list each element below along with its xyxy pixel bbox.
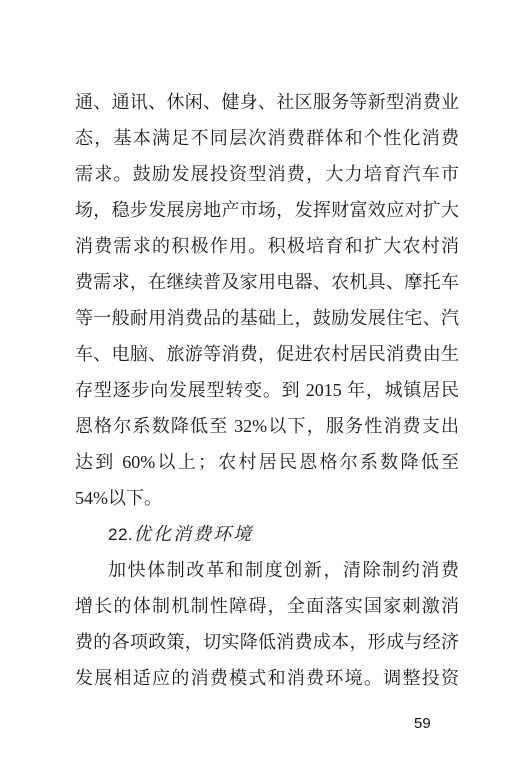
section-title: 优化消费环境 xyxy=(133,524,253,544)
text-line: 等一般耐用消费品的基础上，鼓励发展住宅、汽 xyxy=(75,300,459,336)
text-line: 通、通讯、休闲、健身、社区服务等新型消费业 xyxy=(75,84,459,120)
text-line: 车、电脑、旅游等消费，促进农村居民消费由生 xyxy=(75,336,459,372)
section-heading: 22.优化消费环境 xyxy=(75,516,459,552)
section-number: 22. xyxy=(108,525,133,544)
text-line: 增长的体制机制性障碍，全面落实国家刺激消 xyxy=(75,588,459,624)
text-line: 发展相适应的消费模式和消费环境。调整投资 xyxy=(75,660,459,696)
text-block: 通、通讯、休闲、健身、社区服务等新型消费业态，基本满足不同层次消费群体和个性化消… xyxy=(75,84,459,696)
paragraph-continuation: 通、通讯、休闲、健身、社区服务等新型消费业态，基本满足不同层次消费群体和个性化消… xyxy=(75,84,459,516)
text-line: 态，基本满足不同层次消费群体和个性化消费 xyxy=(75,120,459,156)
page-number: 59 xyxy=(414,715,431,732)
book-page: 通、通讯、休闲、健身、社区服务等新型消费业态，基本满足不同层次消费群体和个性化消… xyxy=(0,0,529,774)
text-line: 加快体制改革和制度创新，清除制约消费 xyxy=(75,552,459,588)
text-line: 恩格尔系数降低至 32%以下，服务性消费支出 xyxy=(75,408,459,444)
text-line: 存型逐步向发展型转变。到 2015 年，城镇居民 xyxy=(75,372,459,408)
paragraph-section-22: 加快体制改革和制度创新，清除制约消费增长的体制机制性障碍，全面落实国家刺激消费的… xyxy=(75,552,459,696)
text-line: 达到 60%以上；农村居民恩格尔系数降低至 xyxy=(75,444,459,480)
text-line: 场，稳步发展房地产市场，发挥财富效应对扩大 xyxy=(75,192,459,228)
text-line: 消费需求的积极作用。积极培育和扩大农村消 xyxy=(75,228,459,264)
text-line: 54%以下。 xyxy=(75,480,459,516)
text-line: 费的各项政策，切实降低消费成本，形成与经济 xyxy=(75,624,459,660)
text-line: 费需求，在继续普及家用电器、农机具、摩托车 xyxy=(75,264,459,300)
text-line: 需求。鼓励发展投资型消费，大力培育汽车市 xyxy=(75,156,459,192)
